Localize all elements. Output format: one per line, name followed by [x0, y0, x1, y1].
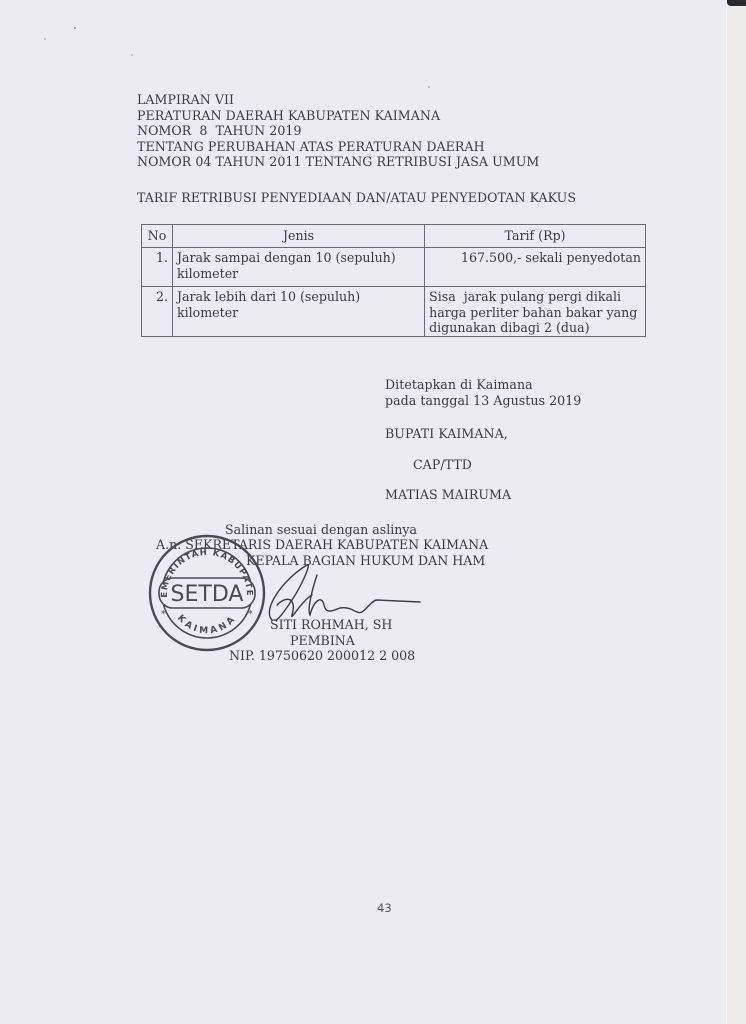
cell-jenis: Jarak lebih dari 10 (sepuluh) kilometer — [172, 287, 424, 337]
scan-speck — [428, 86, 430, 88]
header-line: PERATURAN DAERAH KABUPATEN KAIMANA — [137, 108, 539, 124]
page-number: 43 — [377, 901, 392, 915]
stamp-center-text: SETDA — [171, 582, 244, 607]
scan-corner — [727, 0, 746, 6]
cell-line: harga perliter bahan bakar yang — [429, 305, 641, 321]
official-rank: PEMBINA — [290, 633, 355, 649]
cell-jenis: Jarak sampai dengan 10 (sepuluh) kilomet… — [172, 248, 424, 287]
scan-speck — [131, 54, 133, 56]
column-header-tarif: Tarif (Rp) — [425, 225, 646, 248]
cell-line: digunakan dibagi 2 (dua) — [429, 320, 641, 336]
scan-speck — [44, 38, 46, 40]
tariff-table: No Jenis Tarif (Rp) 1. Jarak sampai deng… — [141, 224, 646, 337]
cell-line: Sisa jarak pulang pergi dikali — [429, 289, 641, 305]
svg-text:*: * — [161, 610, 166, 620]
cell-line: Jarak lebih dari 10 (sepuluh) — [177, 289, 420, 305]
cell-line: kilometer — [177, 266, 420, 282]
column-header-jenis: Jenis — [172, 225, 424, 248]
scan-speck — [74, 27, 76, 29]
table-title: TARIF RETRIBUSI PENYEDIAAN DAN/ATAU PENY… — [137, 190, 576, 206]
header-line: NOMOR 04 TAHUN 2011 TENTANG RETRIBUSI JA… — [137, 154, 539, 170]
header-line: LAMPIRAN VII — [137, 92, 539, 108]
cell-tarif: 167.500,- sekali penyedotan — [425, 248, 646, 287]
enactment-date: pada tanggal 13 Agustus 2019 — [385, 393, 581, 409]
column-header-no: No — [142, 225, 173, 248]
cell-line: kilometer — [177, 305, 420, 321]
table-row: 1. Jarak sampai dengan 10 (sepuluh) kilo… — [142, 248, 646, 287]
header-line: NOMOR 8 TAHUN 2019 — [137, 123, 539, 139]
cell-tarif: Sisa jarak pulang pergi dikali harga per… — [425, 287, 646, 337]
cell-no: 1. — [142, 248, 173, 287]
enactment-place: Ditetapkan di Kaimana — [385, 377, 533, 393]
document-page: LAMPIRAN VII PERATURAN DAERAH KABUPATEN … — [0, 0, 726, 1024]
enactment-office: BUPATI KAIMANA, — [385, 426, 508, 442]
svg-text:*: * — [248, 610, 253, 620]
official-stamp-icon: SETDA PEMERINTAH KABUPATEN KAIMANA * * — [147, 533, 267, 653]
table-header-row: No Jenis Tarif (Rp) — [142, 225, 646, 248]
handwritten-signature-icon — [262, 560, 422, 630]
document-header: LAMPIRAN VII PERATURAN DAERAH KABUPATEN … — [137, 92, 539, 170]
scan-edge — [726, 0, 746, 1024]
cell-line: 167.500,- sekali penyedotan — [429, 250, 641, 266]
seal-note: CAP/TTD — [413, 457, 472, 473]
signatory-name: MATIAS MAIRUMA — [385, 487, 511, 503]
cell-no: 2. — [142, 287, 173, 337]
header-line: TENTANG PERUBAHAN ATAS PERATURAN DAERAH — [137, 139, 539, 155]
table-row: 2. Jarak lebih dari 10 (sepuluh) kilomet… — [142, 287, 646, 337]
cell-line: Jarak sampai dengan 10 (sepuluh) — [177, 250, 420, 266]
